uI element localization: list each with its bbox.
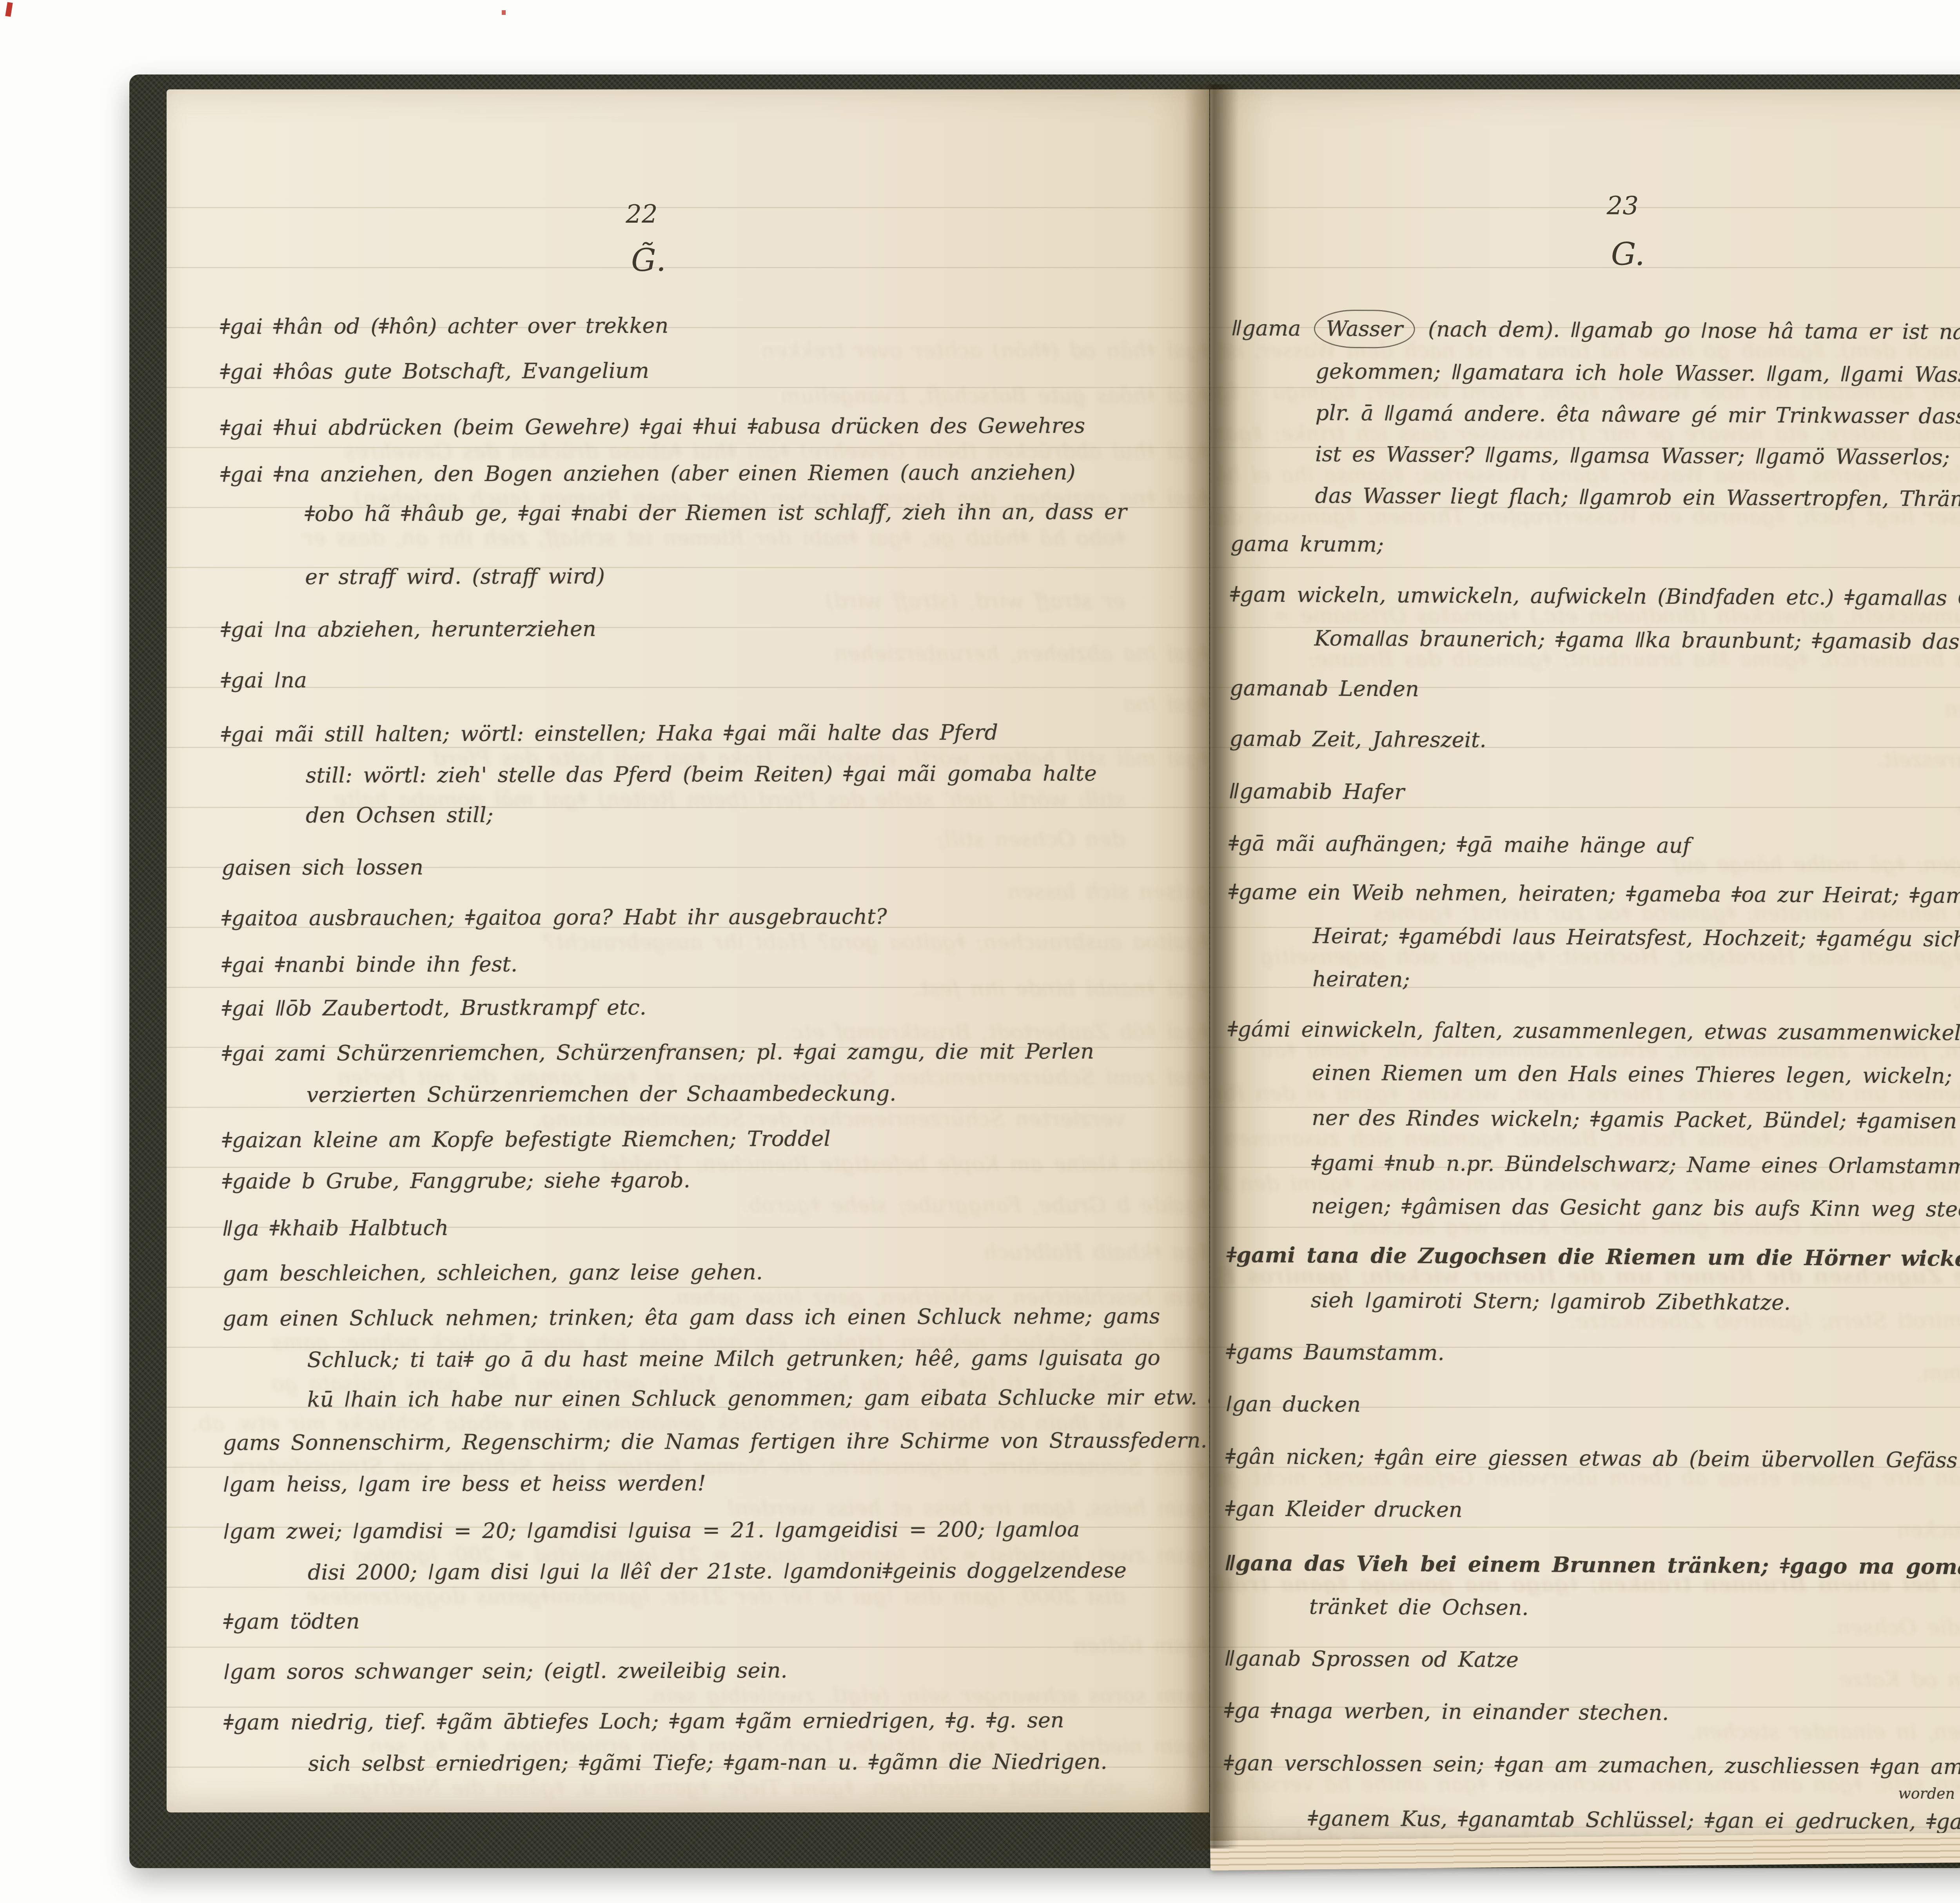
page-left: ǂgai ǂhân od (ǂhôn) achter over trekkenǂ…: [167, 89, 1209, 1812]
page-header: 23 G.: [1210, 89, 1960, 314]
manuscript-line: ǂgai ǂna anziehen, den Bogen anziehen (a…: [220, 454, 1194, 493]
manuscript-line: sich selbst erniedrigen; ǂgãmi Tiefe; ǂg…: [224, 1743, 1198, 1782]
manuscript-line: ǂgan verschlossen sein; ǂgan am zumachen…: [1224, 1745, 1960, 1786]
manuscript-line: disi 2000; ǀgam disi ǀgui ǀa ǁêî der 21s…: [223, 1553, 1198, 1591]
manuscript-line: ǂgami ǂnub n.pr. Bündelschwarz; Name ein…: [1227, 1144, 1960, 1185]
manuscript-line: ǂgámi einwickeln, falten, zusammenlegen,…: [1228, 1011, 1960, 1052]
manuscript-line: ǂgai ǂnanbi binde ihn fest.: [222, 944, 1196, 983]
manuscript-line: ǂgams Baumstamm.: [1226, 1334, 1960, 1375]
manuscript-line: ǀgam heiss, ǀgam ire bess et heiss werde…: [223, 1464, 1197, 1503]
manuscript-line: ǁganab Sprossen od Katze: [1225, 1640, 1960, 1681]
scan-artifact-red: [5, 2, 13, 17]
manuscript-line: gams Sonnenschirm, Regenschirm; die Nama…: [223, 1422, 1197, 1461]
manuscript-line: sieh ǀgamiroti Stern; ǀgamirob Zibethkat…: [1227, 1282, 1960, 1322]
ink-circle: Wasser: [1314, 309, 1415, 348]
manuscript-line: still: wörtl: zieh' stelle das Pferd (be…: [221, 755, 1195, 794]
manuscript-line: ǁga ǂkhaib Halbtuch: [222, 1208, 1196, 1247]
manuscript-line: Komaǁas braunerich; ǂgama ǁka braunbunt;…: [1230, 620, 1960, 661]
notebook: ǂgai ǂhân od (ǂhôn) achter over trekkenǂ…: [129, 74, 1960, 1868]
manuscript-lines: ǂgai ǂhân od (ǂhôn) achter over trekkenǂ…: [167, 306, 1209, 1782]
manuscript-line: gamab Zeit, Jahreszeit.: [1229, 721, 1960, 761]
manuscript-line: ǂgaitoa ausbrauchen; ǂgaitoa gora? Habt …: [221, 898, 1196, 937]
manuscript-line: gaisen sich lossen: [221, 847, 1196, 886]
manuscript-line: ǂgai ǁōb Zaubertodt, Brustkrampf etc.: [222, 988, 1196, 1027]
manuscript-line: neigen; ǂgâmisen das Gesicht ganz bis au…: [1227, 1188, 1960, 1229]
manuscript-line: ǂgan Kleider drucken: [1225, 1491, 1960, 1531]
manuscript-line: gam einen Schluck nehmen; trinken; êta g…: [223, 1298, 1197, 1337]
manuscript-line: ǂgai mãi still halten; wörtl: einstellen…: [221, 714, 1195, 753]
manuscript-line: ǂgai ǀna abziehen, herunterziehen: [221, 609, 1195, 648]
scan-artifact-red: [502, 10, 506, 15]
manuscript-line: ǂgaizan kleine am Kopfe befestigte Riemc…: [222, 1120, 1196, 1159]
manuscript-line: ǂgai ǀna: [221, 660, 1195, 699]
manuscript-line: ǂgami tana die Zugochsen die Riemen um d…: [1227, 1237, 1960, 1277]
manuscript-line: ǀgan ducken: [1226, 1386, 1960, 1427]
manuscript-line: ǀgam zwei; ǀgamdisi = 20; ǀgamdisi ǀguis…: [223, 1511, 1198, 1550]
page-header: 22 G̃.: [167, 89, 1209, 309]
manuscript-line: kū ǀhain ich habe nur einen Schluck geno…: [223, 1379, 1197, 1418]
manuscript-line: ǂgai zami Schürzenriemchen, Schürzenfran…: [222, 1033, 1196, 1072]
manuscript-line: ǀgam soros schwanger sein; (eigtl. zweil…: [223, 1652, 1198, 1691]
scanned-manuscript: { "colors": { "ink": "#3e392c", "paper_l…: [0, 0, 1960, 1903]
manuscript-line: ǁgamabib Hafer: [1229, 773, 1960, 814]
manuscript-line: ǂgai ǂhui abdrücken (beim Gewehre) ǂgai …: [220, 407, 1194, 446]
manuscript-line: ǂgame ein Weib nehmen, heiraten; ǂgameba…: [1229, 874, 1960, 915]
manuscript-line: ǂga ǂnaga werben, in einander stechen.: [1224, 1693, 1960, 1734]
manuscript-line: ǂgân nicken; ǂgân eire giessen etwas ab …: [1226, 1438, 1960, 1479]
manuscript-line: verzierten Schürzenriemchen der Schaambe…: [222, 1075, 1196, 1113]
manuscript-lines: ǁgama Wasser (nach dem). ǁgamab go ǀnose…: [1210, 309, 1960, 1841]
section-letter: G̃.: [631, 242, 666, 278]
manuscript-line: ǂobo hã ǂhâub ge, ǂgai ǂnabi der Riemen …: [221, 494, 1195, 533]
manuscript-line: ner des Rindes wickeln; ǂgamis Packet, B…: [1227, 1099, 1960, 1140]
manuscript-line: einen Riemen um den Hals eines Thieres l…: [1228, 1054, 1960, 1095]
manuscript-line: Schluck; ti taiǂ go ā du hast meine Milc…: [223, 1340, 1197, 1378]
manuscript-line: ǂgam wickeln, umwickeln, aufwickeln (Bin…: [1230, 576, 1960, 617]
manuscript-line: ǂgam tödten: [223, 1601, 1198, 1640]
manuscript-line: ǂgai ǂhân od (ǂhôn) achter over trekken: [220, 306, 1194, 345]
manuscript-line: gekommen; ǁgamatara ich hole Wasser. ǁga…: [1231, 353, 1960, 394]
manuscript-line: gama krumm;: [1230, 526, 1960, 567]
manuscript-line: tränket die Ochsen.: [1225, 1588, 1960, 1629]
page-number: 23: [1606, 191, 1639, 220]
page-right: ǁgama Wasser (nach dem). ǁgamab go ǀnose…: [1210, 89, 1960, 1842]
manuscript-line: plr. ā ǁgamá andere. êta nâware gé mir T…: [1231, 394, 1960, 435]
manuscript-line: ǁgama Wasser (nach dem). ǁgamab go ǀnose…: [1232, 309, 1960, 352]
page-number: 22: [626, 200, 658, 229]
manuscript-line: er straff wird. (straff wird): [221, 557, 1195, 596]
manuscript-line: ǂgam niedrig, tief. ǂgãm ābtiefes Loch; …: [224, 1702, 1198, 1741]
manuscript-line: heiraten;: [1228, 961, 1960, 1001]
manuscript-line: den Ochsen still;: [221, 795, 1196, 834]
manuscript-line: ist es Wasser? ǁgams, ǁgamsa Wasser; ǁga…: [1231, 436, 1960, 477]
manuscript-line: ǁgana das Vieh bei einem Brunnen tränken…: [1225, 1545, 1960, 1585]
manuscript-line: Heirat; ǂgamébdi ǀaus Heiratsfest, Hochz…: [1228, 917, 1960, 958]
manuscript-line: ǂgai ǂhôas gute Botschaft, Evangelium: [220, 351, 1194, 390]
manuscript-line: gamanab Lenden: [1230, 670, 1960, 711]
manuscript-line: worden sein: [1224, 1781, 1960, 1803]
page-right-content: 23 G. ǁgama Wasser (nach dem). ǁgamab go…: [1210, 89, 1960, 1841]
page-left-content: 22 G̃. ǂgai ǂhân od (ǂhôn) achter over t…: [167, 89, 1209, 1782]
section-letter: G.: [1611, 236, 1645, 272]
manuscript-line: ǂgā mãi aufhängen; ǂgā maihe hänge auf: [1229, 825, 1960, 866]
manuscript-line: ǂgaide b Grube, Fanggrube; siehe ǂgarob.: [222, 1161, 1196, 1200]
manuscript-line: gam beschleichen, schleichen, ganz leise…: [223, 1253, 1197, 1292]
manuscript-line: das Wasser liegt flach; ǁgamrob ein Wass…: [1230, 477, 1960, 518]
